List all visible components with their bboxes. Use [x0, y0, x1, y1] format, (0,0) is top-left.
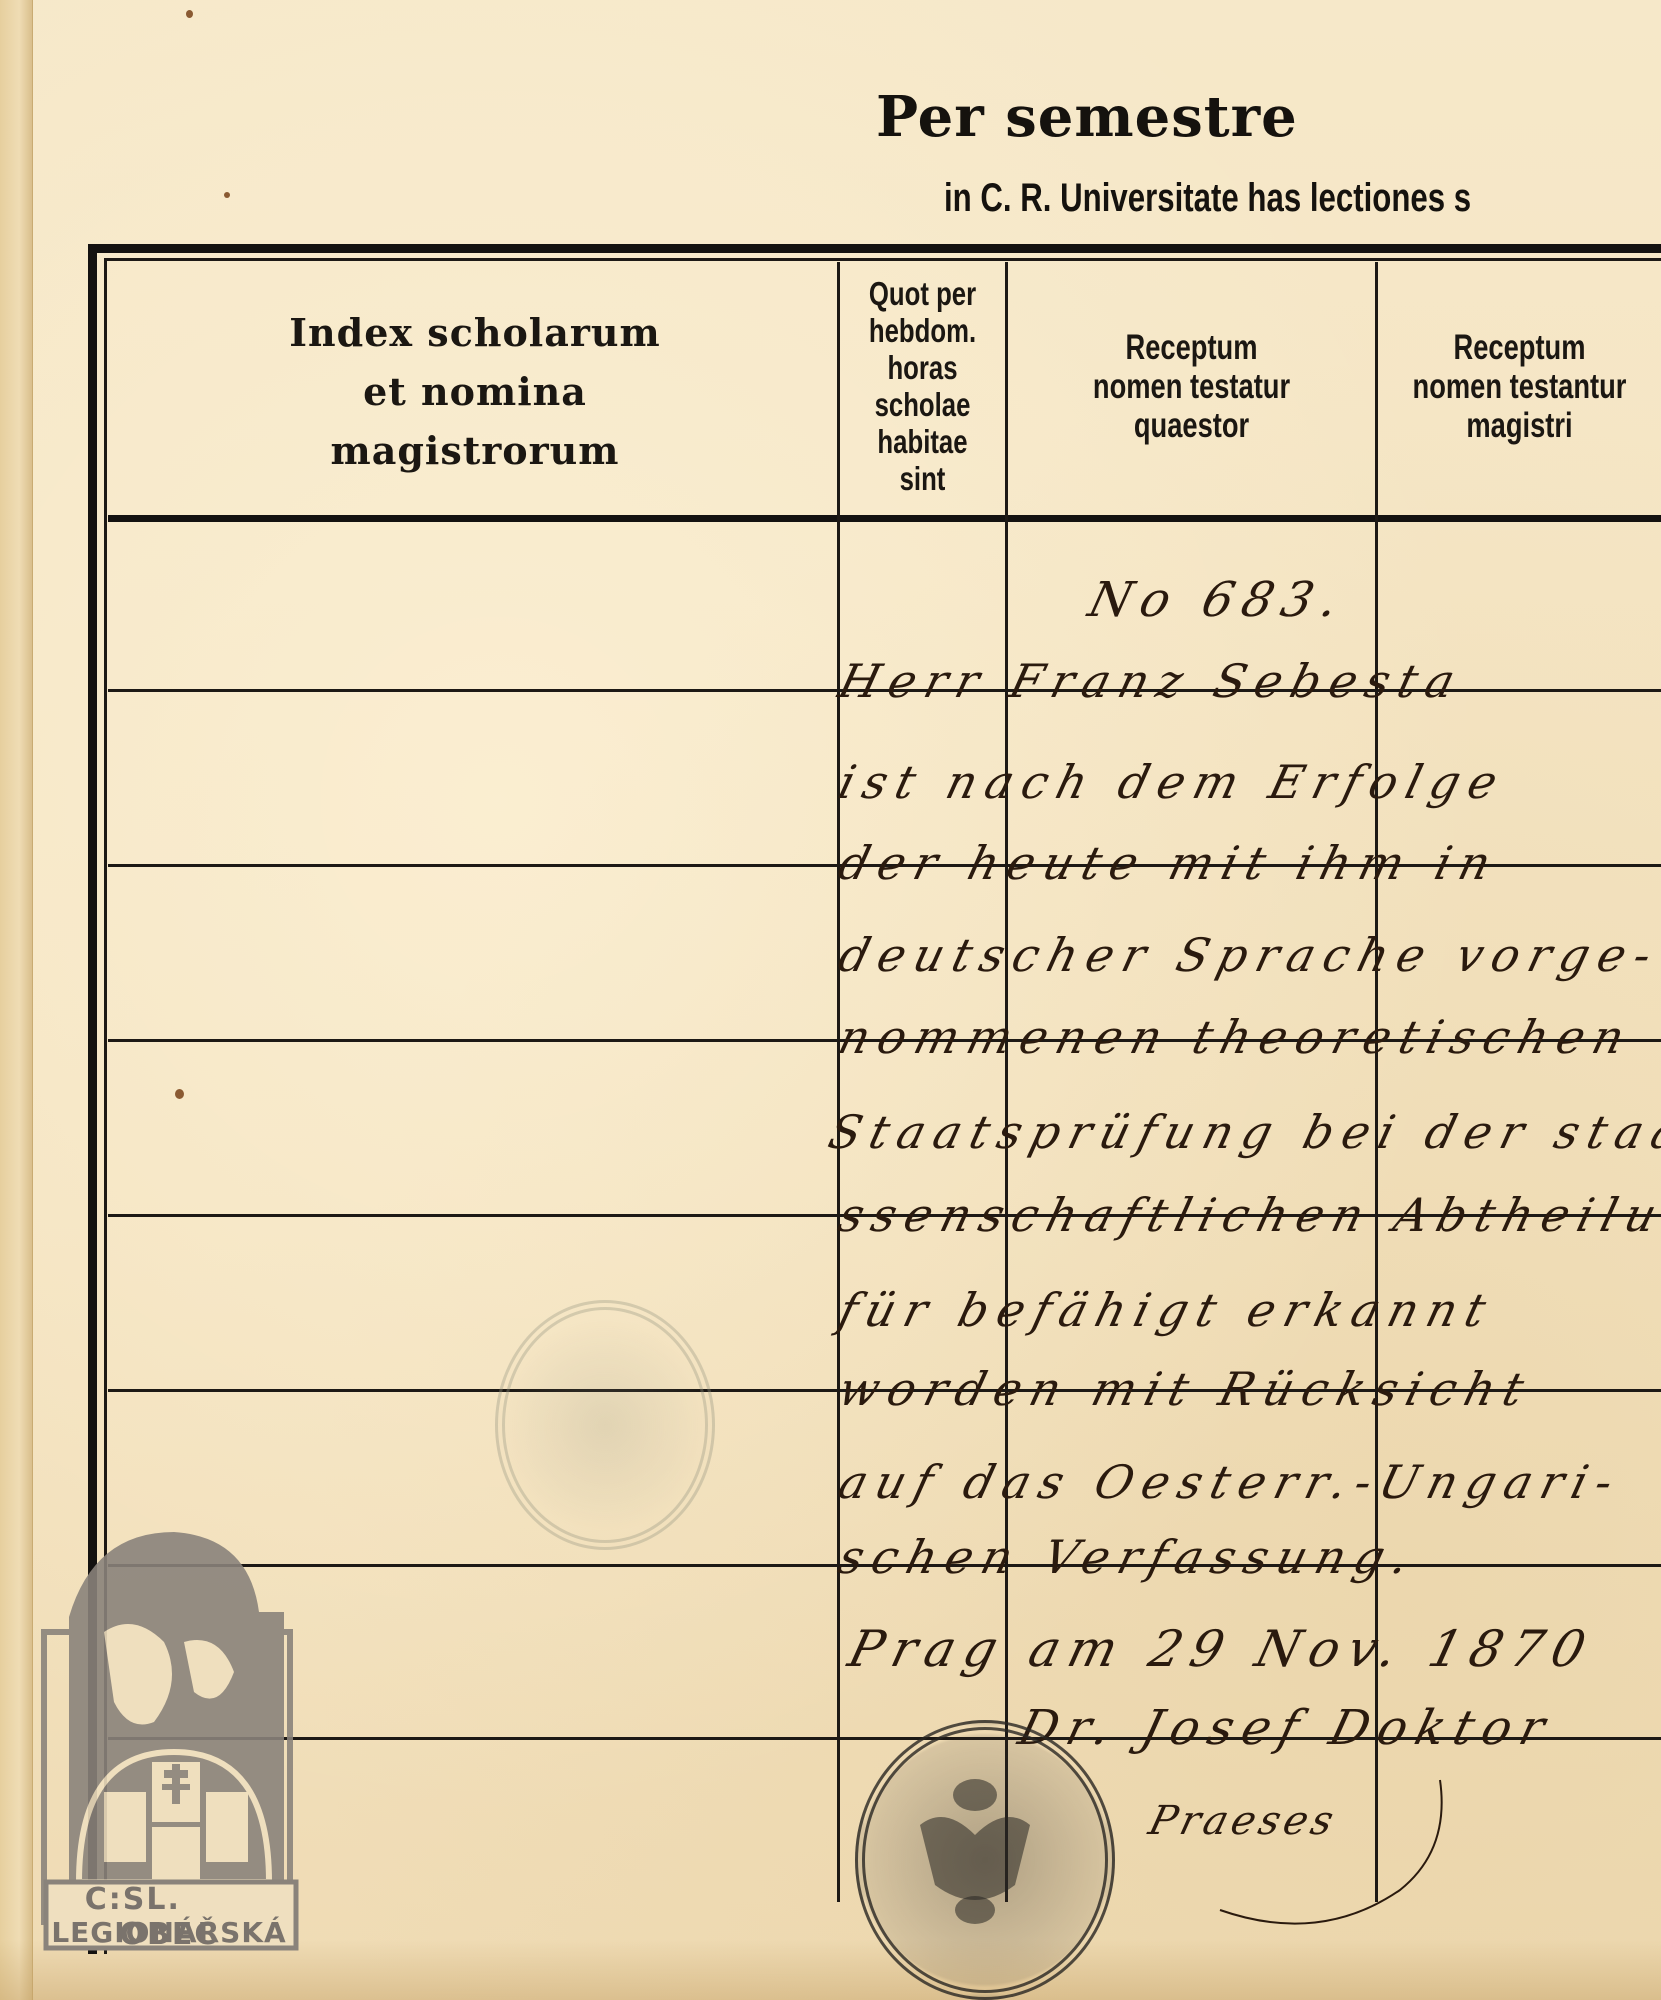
signature-flourish: [1200, 1770, 1460, 1940]
handwritten-line: ssenschaftlichen Abtheilung: [833, 1188, 1661, 1242]
header-line: sint: [858, 461, 987, 498]
table-frame-top-inner: [104, 258, 1661, 261]
handwritten-signature: Dr. Josef Doktor: [1013, 1700, 1559, 1756]
logo-text-csl: C:SL.: [85, 1882, 181, 1917]
ink-spot: [175, 1089, 184, 1099]
header-line: magistrorum: [200, 422, 750, 481]
header-line: horas: [858, 350, 987, 387]
faint-seal-stamp: [495, 1300, 715, 1550]
header-line: Quot per: [858, 276, 987, 313]
header-index-scholarum: Index scholarum et nomina magistrorum: [200, 304, 750, 481]
handwritten-place-date: Prag am 29 Nov. 1870: [843, 1620, 1601, 1678]
page-fold-edge: [0, 0, 33, 2000]
header-quot-per-hebdom: Quot per hebdom. horas scholae habitae s…: [840, 276, 1005, 498]
double-eagle-icon: [905, 1765, 1045, 1935]
ink-spot: [186, 10, 193, 18]
header-receptum-magistri: Receptum nomen testantur magistri: [1378, 328, 1661, 446]
header-rule: [108, 515, 1661, 522]
header-line: scholae: [858, 387, 987, 424]
header-line: et nomina: [200, 363, 750, 422]
header-line: hebdom.: [858, 313, 987, 350]
handwritten-line: ist nach dem Erfolge: [833, 755, 1512, 809]
handwritten-line: Staatsprüfung bei der staatswi-: [823, 1105, 1661, 1159]
table-frame-top: [94, 244, 1661, 253]
column-divider: [837, 262, 840, 1902]
handwritten-line: der heute mit ihm in: [833, 836, 1505, 890]
ink-spot: [224, 192, 230, 198]
handwritten-line: für befähigt erkannt: [833, 1283, 1500, 1337]
header-line: magistri: [1409, 406, 1630, 445]
handwritten-number: No 683.: [1083, 572, 1353, 628]
header-receptum-quaestor: Receptum nomen testatur quaestor: [1008, 328, 1375, 446]
handwritten-line: worden mit Rücksicht: [833, 1362, 1538, 1416]
header-line: Receptum: [1048, 328, 1334, 367]
handwritten-line: Herr Franz Sebesta: [833, 654, 1469, 708]
handwritten-line: auf das Oesterr.-Ungari-: [833, 1455, 1627, 1509]
handwritten-line: schen Verfassung.: [833, 1530, 1423, 1584]
header-line: habitae: [858, 424, 987, 461]
handwritten-line: nommenen theoretischen: [833, 1010, 1639, 1064]
logo-text-line2: LEGIONÁŘSKÁ: [34, 1916, 304, 1949]
page-title: Per semestre: [876, 84, 1298, 150]
header-line: nomen testatur: [1048, 367, 1334, 406]
handwritten-line: deutscher Sprache vorge-: [833, 928, 1661, 982]
header-line: Index scholarum: [200, 304, 750, 363]
header-line: Receptum: [1409, 328, 1630, 367]
header-line: nomen testantur: [1409, 367, 1630, 406]
header-line: quaestor: [1048, 406, 1334, 445]
page-subtitle: in C. R. Universitate has lectiones s: [944, 176, 1471, 221]
legion-watermark-logo: C:SL. OBEC LEGIONÁŘSKÁ: [34, 1522, 304, 1952]
